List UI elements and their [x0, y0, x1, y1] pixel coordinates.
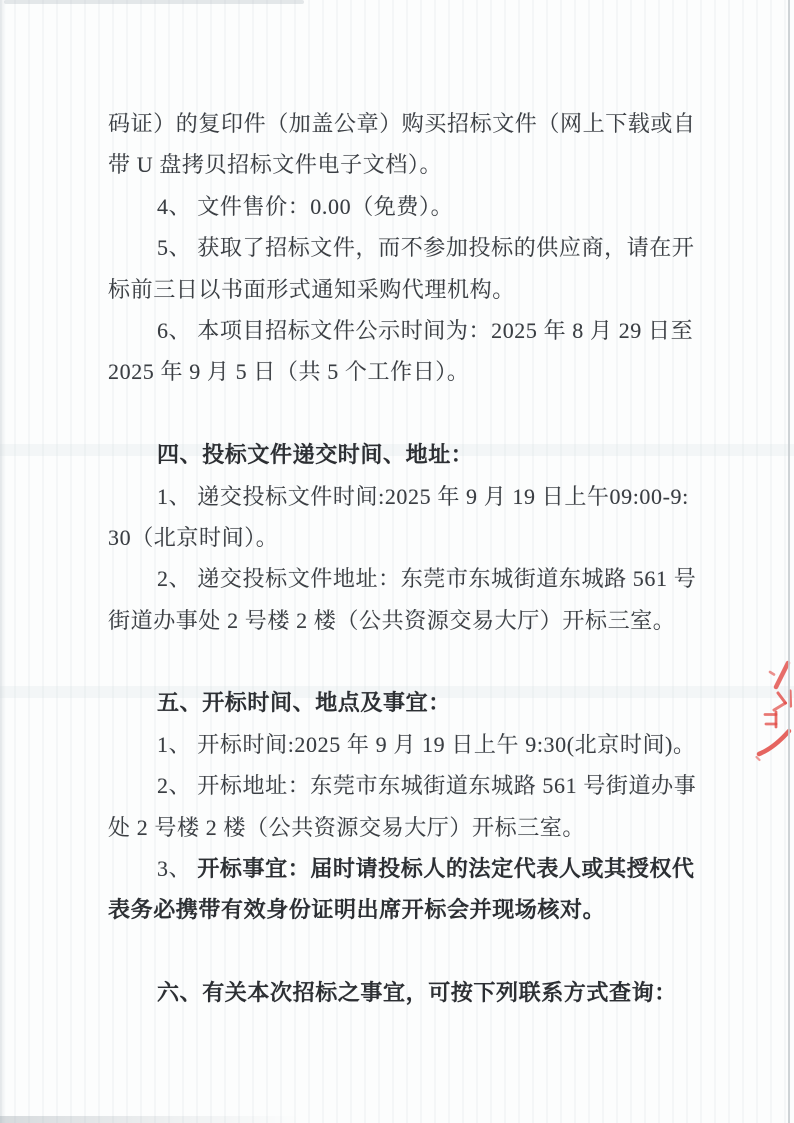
scanned-document-page: 码证）的复印件（加盖公章）购买招标文件（网上下载或自 带 U 盘拷贝招标文件电子…: [0, 0, 794, 1123]
doc-item-2-cont: 处 2 号楼 2 楼（公共资源交易大厅）开标三室。: [108, 807, 696, 848]
doc-item-6-cont: 2025 年 9 月 5 日（共 5 个工作日）。: [108, 351, 696, 392]
document-body: 码证）的复印件（加盖公章）购买招标文件（网上下载或自 带 U 盘拷贝招标文件电子…: [108, 103, 696, 1014]
page-left-edge-shadow: [0, 0, 6, 1123]
page-right-edge: [788, 0, 790, 1123]
doc-item-6: 6、 本项目招标文件公示时间为：2025 年 8 月 29 日至: [108, 310, 696, 351]
doc-item-2: 2、 递交投标文件地址：东莞市东城街道东城路 561 号: [108, 558, 696, 599]
section-heading-four: 四、投标文件递交时间、地址：: [108, 434, 696, 475]
section-heading-six: 六、有关本次招标之事宜，可按下列联系方式查询：: [108, 972, 696, 1013]
scan-smudge-top: [4, 0, 304, 4]
scan-smudge-bottom: [0, 1116, 300, 1123]
doc-item-2-cont: 街道办事处 2 号楼 2 楼（公共资源交易大厅）开标三室。: [108, 600, 696, 641]
doc-line-continuation: 带 U 盘拷贝招标文件电子文档）。: [108, 144, 696, 185]
doc-item-2: 2、 开标地址：东莞市东城街道东城路 561 号街道办事: [108, 765, 696, 806]
doc-item-5-cont: 标前三日以书面形式通知采购代理机构。: [108, 269, 696, 310]
item-number: 3、: [157, 856, 197, 881]
doc-item-1: 1、 开标时间:2025 年 9 月 19 日上午 9:30(北京时间)。: [108, 724, 696, 765]
doc-line-continuation: 码证）的复印件（加盖公章）购买招标文件（网上下载或自: [108, 103, 696, 144]
item-text-bold: 开标事宜：届时请投标人的法定代表人或其授权代: [197, 856, 694, 881]
section-heading-five: 五、开标时间、地点及事宜：: [108, 682, 696, 723]
doc-item-4: 4、 文件售价：0.00（免费）。: [108, 186, 696, 227]
doc-item-3: 3、 开标事宜：届时请投标人的法定代表人或其授权代: [108, 848, 696, 889]
doc-item-5: 5、 获取了招标文件，而不参加投标的供应商，请在开: [108, 227, 696, 268]
doc-item-1: 1、 递交投标文件时间:2025 年 9 月 19 日上午09:00-9:: [108, 476, 696, 517]
doc-item-3-cont: 表务必携带有效身份证明出席开标会并现场核对。: [108, 889, 696, 930]
doc-item-1-cont: 30（北京时间）。: [108, 517, 696, 558]
